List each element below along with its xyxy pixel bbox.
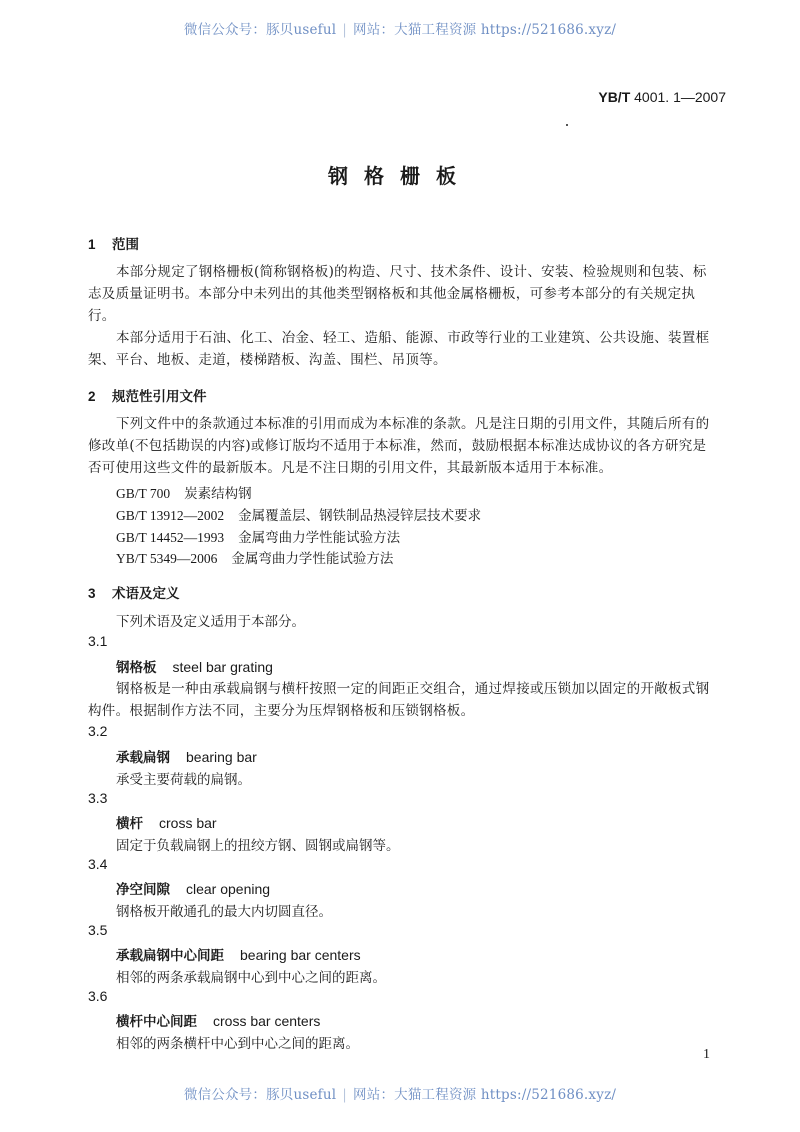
watermark-separator: | (342, 1087, 347, 1103)
term-cn: 承载扁钢中心间距 (116, 948, 224, 964)
term-en: cross bar (159, 815, 217, 831)
term-cn: 横杆中心间距 (116, 1014, 197, 1030)
term-heading: 横杆cross bar (116, 812, 217, 832)
reference-item: YB/T 5349—2006金属弯曲力学性能试验方法 (116, 547, 393, 567)
section-title: 术语及定义 (112, 586, 180, 602)
term-en: clear opening (186, 881, 270, 897)
term-definition: 承受主要荷载的扁钢。 (116, 768, 251, 788)
section-1-paragraph-1: 本部分规定了钢格栅板(简称钢格板)的构造、尺寸、技术条件、设计、安装、检验规则和… (88, 261, 712, 327)
section-1-heading: 1范围 (88, 233, 139, 253)
clause-number: 3.3 (88, 790, 107, 806)
watermark-site: 网站：大猫工程资源 https://521686.xyz/ (353, 22, 616, 38)
reference-title: 金属覆盖层、钢铁制品热浸锌层技术要求 (238, 508, 481, 524)
section-3-heading: 3术语及定义 (88, 582, 180, 602)
term-definition: 钢格板开敞通孔的最大内切圆直径。 (116, 900, 332, 920)
section-title: 规范性引用文件 (112, 389, 207, 405)
term-cn: 净空间隙 (116, 882, 170, 898)
clause-number: 3.6 (88, 988, 107, 1004)
reference-title: 金属弯曲力学性能试验方法 (231, 551, 393, 567)
term-cn: 横杆 (116, 816, 143, 832)
scan-speck (566, 124, 568, 126)
reference-code: GB/T 700 (116, 486, 170, 502)
section-3-intro: 下列术语及定义适用于本部分。 (116, 610, 305, 630)
term-heading: 承载扁钢中心间距bearing bar centers (116, 944, 361, 964)
reference-code: YB/T 5349—2006 (116, 551, 217, 567)
reference-code: GB/T 13912—2002 (116, 508, 224, 524)
term-en: cross bar centers (213, 1013, 320, 1029)
standard-number: YB/T 4001. 1—2007 (598, 89, 726, 105)
clause-number: 3.4 (88, 856, 107, 872)
term-definition: 钢格板是一种由承载扁钢与横杆按照一定的间距正交组合，通过焊接或压锁加以固定的开敞… (88, 678, 712, 722)
page-title: 钢格栅板 (0, 160, 800, 189)
page-number: 1 (703, 1047, 710, 1063)
watermark-separator: | (342, 22, 347, 38)
reference-title: 炭素结构钢 (184, 486, 252, 502)
standard-prefix: YB/T (598, 89, 630, 105)
term-en: bearing bar (186, 749, 257, 765)
section-title: 范围 (112, 237, 139, 253)
watermark-site: 网站：大猫工程资源 https://521686.xyz/ (353, 1087, 616, 1103)
reference-item: GB/T 13912—2002金属覆盖层、钢铁制品热浸锌层技术要求 (116, 504, 481, 524)
term-en: steel bar grating (173, 659, 273, 675)
section-1-paragraph-2: 本部分适用于石油、化工、冶金、轻工、造船、能源、市政等行业的工业建筑、公共设施、… (88, 327, 712, 371)
reference-title: 金属弯曲力学性能试验方法 (238, 530, 400, 546)
clause-number: 3.5 (88, 922, 107, 938)
term-heading: 承载扁钢bearing bar (116, 746, 257, 766)
term-cn: 承载扁钢 (116, 750, 170, 766)
watermark-wechat: 微信公众号：豚贝useful (184, 22, 336, 38)
term-definition: 相邻的两条承载扁钢中心到中心之间的距离。 (116, 966, 386, 986)
term-cn: 钢格板 (116, 660, 157, 676)
standard-code: 4001. 1—2007 (634, 89, 726, 105)
watermark-bottom: 微信公众号：豚贝useful|网站：大猫工程资源 https://521686.… (0, 1083, 800, 1103)
section-number: 2 (88, 389, 112, 404)
reference-item: GB/T 700炭素结构钢 (116, 482, 252, 502)
watermark-top: 微信公众号：豚贝useful|网站：大猫工程资源 https://521686.… (0, 18, 800, 38)
clause-number: 3.1 (88, 633, 107, 649)
reference-item: GB/T 14452—1993金属弯曲力学性能试验方法 (116, 526, 400, 546)
section-number: 1 (88, 237, 112, 252)
term-definition: 相邻的两条横杆中心到中心之间的距离。 (116, 1032, 359, 1052)
term-en: bearing bar centers (240, 947, 361, 963)
term-heading: 横杆中心间距cross bar centers (116, 1010, 320, 1030)
watermark-wechat: 微信公众号：豚贝useful (184, 1087, 336, 1103)
section-number: 3 (88, 586, 112, 601)
section-2-heading: 2规范性引用文件 (88, 385, 207, 405)
term-heading: 钢格板steel bar grating (116, 656, 273, 676)
reference-code: GB/T 14452—1993 (116, 530, 224, 546)
clause-number: 3.2 (88, 723, 107, 739)
term-definition: 固定于负载扁钢上的扭绞方钢、圆钢或扁钢等。 (116, 834, 400, 854)
term-heading: 净空间隙clear opening (116, 878, 270, 898)
section-2-paragraph: 下列文件中的条款通过本标准的引用而成为本标准的条款。凡是注日期的引用文件，其随后… (88, 413, 712, 479)
